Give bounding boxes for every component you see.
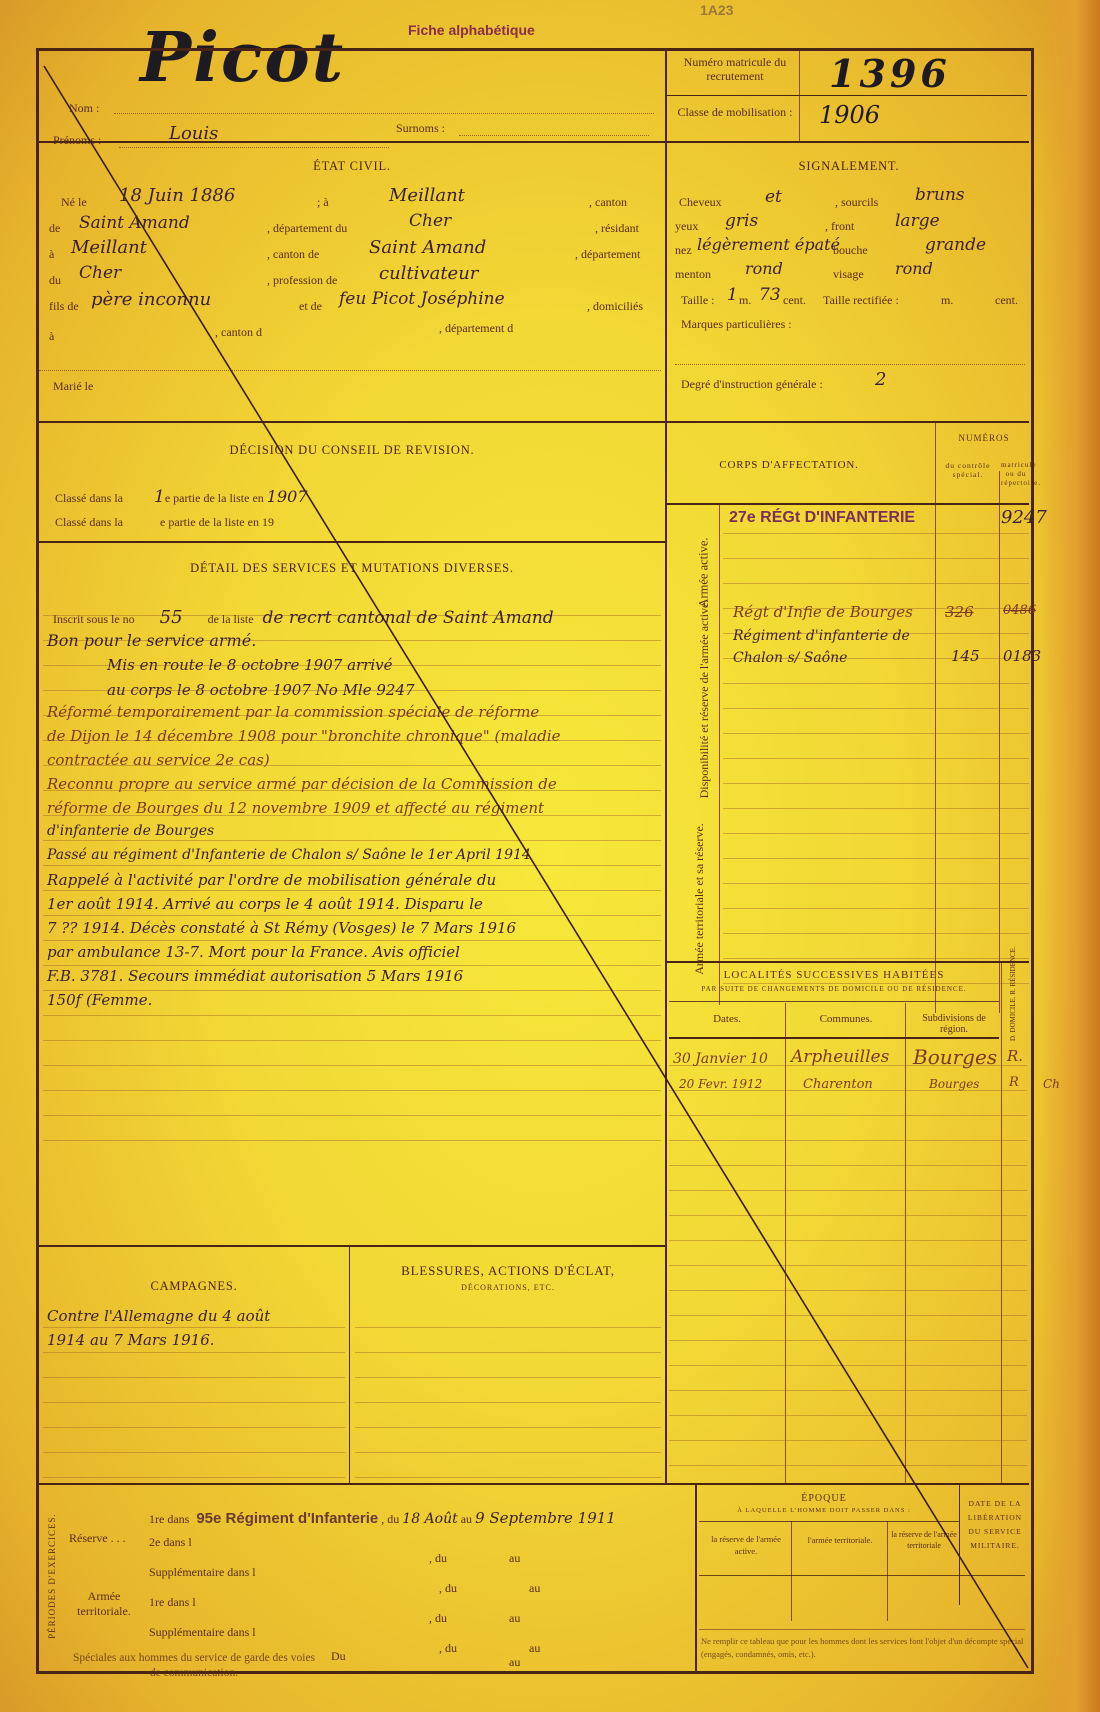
periode-row-4-au: au [509, 1611, 520, 1626]
liste-label: de la liste [208, 612, 254, 626]
nom-line [114, 113, 654, 114]
services-line: 1er août 1914. Arrivé au corps le 4 août… [47, 895, 663, 919]
domicilies-label: , domiciliés [587, 299, 643, 314]
menton-label: menton [675, 267, 711, 282]
classe-label: Classe de mobilisation : [675, 105, 795, 119]
decision-title: DÉCISION DU CONSEIL DE REVISION. [39, 443, 665, 458]
etat-civil-title: ÉTAT CIVIL. [39, 159, 665, 174]
speciales-au-1: au [509, 1655, 520, 1670]
localites-title: LOCALITÉS SUCCESSIVES HABITÉES [669, 969, 999, 981]
liste-value: de recrt cantonal de Saint Amand [263, 608, 554, 628]
residant-label: , résidant [595, 221, 639, 236]
periode-row-1-unit: 95e Régiment d'Infanterie [196, 1510, 378, 1527]
epoque-col-divider-2 [887, 1521, 888, 1621]
services-bottom-line [39, 1245, 665, 1247]
cheveux-value: et [765, 187, 782, 207]
surnoms-label: Surnoms : [396, 121, 445, 136]
localites-row-1-dr: R. [1007, 1047, 1023, 1065]
a3-label: à [49, 329, 54, 344]
localites-ruled-area [669, 1041, 1027, 1481]
bouche-value: grande [925, 235, 986, 255]
services-line: Rappelé à l'activité par l'ordre de mobi… [47, 871, 663, 895]
services-title: DÉTAIL DES SERVICES ET MUTATIONS DIVERSE… [39, 561, 665, 576]
periode-row-5-au: au [529, 1641, 540, 1656]
canton-label: , canton [589, 195, 627, 210]
yeux-label: yeux [675, 219, 698, 234]
registre-matricule-form: Nom : Prénoms : Louis Surnoms : Numéro m… [36, 48, 1034, 1674]
services-line: contractée au service 2e cas) [47, 751, 663, 775]
services-line: Réformé temporairement par la commission… [47, 703, 663, 727]
campagnes-line-2: 1914 au 7 Mars 1916. [47, 1331, 215, 1349]
periode-row-4-label: 1re dans l [149, 1595, 196, 1610]
etat-civil-fields: Né le 18 Juin 1886 ; à Meillant , canton… [39, 189, 661, 397]
epoque-col-reserve: la réserve de l'armée active. [703, 1533, 789, 1557]
corps-row-3-name: Régiment d'infanterie de Chalon s/ Saône [733, 625, 933, 669]
periode-row-1-du-label: , du [381, 1512, 399, 1526]
epoque-col-divider-1 [791, 1521, 792, 1621]
degre-label: Degré d'instruction générale : [681, 377, 823, 392]
localites-title-underline [669, 1001, 999, 1002]
services-line: de Dijon le 14 décembre 1908 pour "bronc… [47, 727, 663, 751]
de-label: de [49, 221, 60, 236]
taille-m-value: 1 [727, 285, 738, 305]
inscrit-label: Inscrit sous le no [53, 612, 135, 626]
surnoms-line [459, 135, 649, 136]
taille-cent-label: cent. [783, 293, 806, 308]
periode-row-3-au: au [529, 1581, 540, 1596]
taille-rectifiee-cent-label: cent. [995, 293, 1018, 308]
taille-cent-value: 73 [759, 285, 781, 305]
visage-label: visage [833, 267, 864, 282]
campagnes-divider [349, 1247, 350, 1483]
localites-row-2-subdivision: Bourges [929, 1077, 979, 1091]
marie-label: Marié le [53, 379, 93, 394]
corps-row-1-matricule: 9247 [1001, 507, 1047, 528]
corps-row-1: 27e RÉGt D'INFANTERIE [729, 509, 915, 527]
periode-row-1-du: 18 Août [402, 1511, 457, 1527]
epoque-header-bottom [699, 1575, 1025, 1576]
campagnes-line-1: Contre l'Allemagne du 4 août [47, 1307, 270, 1325]
localites-row-2-date: 20 Fevr. 1912 [679, 1077, 762, 1091]
epoque-body-bottom [699, 1629, 1025, 1630]
localites-dr-header: D. DOMICILE. R. RÉSIDENCE. [1003, 967, 1027, 1047]
fiche-alphabetique-stamp: Fiche alphabétique [408, 22, 535, 38]
corps-row-2-name: Régt d'Infie de Bourges [733, 603, 913, 621]
corps-affectation-title: CORPS D'AFFECTATION. [669, 459, 909, 471]
visage-value: rond [895, 259, 933, 278]
decision-row2: Classé dans la e partie de la liste en 1… [55, 515, 274, 530]
classe-dans-la-label-2: Classé dans la [55, 515, 123, 529]
departement-du-value: Cher [409, 211, 451, 231]
a2-label: à [49, 247, 54, 262]
marques-blank-line [675, 337, 1025, 365]
periodes-top-line [39, 1483, 1029, 1485]
services-line: 7 ?? 1914. Décès constaté à St Rémy (Vos… [47, 919, 663, 943]
profession-label: , profession de [267, 273, 337, 288]
side-disponibilite: Disponibilité et réserve de l'armée acti… [696, 574, 712, 824]
epoque-title: ÉPOQUE [699, 1493, 949, 1504]
localites-row-2-dr: R [1009, 1075, 1019, 1090]
canton-de-value: Saint Amand [369, 237, 486, 258]
fils-de-label: fils de [49, 299, 79, 314]
campagnes-ruled-area [43, 1303, 345, 1479]
canton-de-label: , canton de [267, 247, 319, 262]
localites-col-communes: Communes. [787, 1013, 905, 1025]
numeros-title: NUMÉROS [939, 433, 1029, 443]
speciales-du-1: Du [331, 1649, 346, 1664]
periode-row-5-du: , du [439, 1641, 457, 1656]
periode-row-1-au-label: au [461, 1512, 472, 1526]
et-de-label: et de [299, 299, 322, 314]
marques-label: Marques particulières : [681, 317, 792, 332]
profession-value: cultivateur [379, 263, 478, 284]
du-value: Cher [79, 263, 121, 283]
epoque-title-underline [699, 1521, 959, 1522]
epoque-col-reserve-territoriale: la réserve de l'armée territoriale [891, 1529, 957, 1551]
partie-liste-label: e partie de la liste en [165, 491, 264, 505]
periode-row-5-label: Supplémentaire dans l [149, 1625, 256, 1640]
corps-row-3-controle: 145 [951, 647, 980, 665]
ne-le-value: 18 Juin 1886 [119, 185, 235, 206]
classe-dans-la-label: Classé dans la [55, 491, 123, 505]
corps-side-divider [719, 505, 720, 1005]
inscrit-value: 55 [160, 607, 183, 628]
periodes-divider [695, 1485, 697, 1673]
services-line: Passé au régiment d'Infanterie de Chalon… [47, 847, 663, 871]
corps-row-2-controle: 326 [945, 603, 974, 621]
periode-row-1: 1re dans 95e Régiment d'Infanterie , du … [149, 1509, 689, 1527]
taille-rectifiee-label: Taille rectifiée : [823, 293, 899, 308]
services-line: F.B. 3781. Secours immédiat autorisation… [47, 967, 663, 991]
et-de-value: feu Picot Joséphine [339, 289, 505, 309]
services-line: 150f (Femme. [47, 991, 663, 1015]
menton-value: rond [745, 259, 783, 278]
periode-row-1-au: 9 Septembre 1911 [475, 1509, 616, 1527]
decision-row1: Classé dans la 1e partie de la liste en … [55, 487, 308, 507]
du-label: du [49, 273, 61, 288]
periodes-side-label: PÉRIODES D'EXERCICES. [47, 1501, 57, 1651]
prenoms-line [119, 147, 389, 148]
matricule-value: 1396 [829, 51, 951, 96]
sourcils-value: bruns [915, 185, 965, 205]
signalement-fields: Cheveux et , sourcils bruns yeux gris , … [675, 189, 1025, 393]
page-edge [1040, 0, 1100, 1712]
sourcils-label: , sourcils [835, 195, 878, 210]
periode-row-4-du: , du [429, 1611, 447, 1626]
yeux-value: gris [725, 211, 758, 231]
corps-ruled-area [723, 509, 1029, 1005]
front-label: , front [825, 219, 854, 234]
partie-liste-label-2: e partie de la liste en 19 [160, 515, 274, 529]
classe-year-value: 1907 [267, 487, 308, 506]
front-value: large [895, 211, 940, 231]
periode-row-3-label: Supplémentaire dans l [149, 1565, 256, 1580]
localites-row-2-commune: Charenton [803, 1077, 873, 1092]
corps-row-2-matricule: 0486 [1003, 603, 1036, 618]
etat-civil-bottom-line [39, 421, 1029, 423]
degre-value: 2 [875, 369, 886, 390]
taille-rectifiee-m-label: m. [941, 293, 953, 308]
localites-margin-note: Ch [1043, 1077, 1060, 1091]
departement-label: , département [575, 247, 640, 262]
classe-partie-value: 1 [154, 487, 165, 507]
fils-de-value: père inconnu [91, 289, 211, 310]
localites-header-bottom [669, 1037, 999, 1039]
canton-d-label: , canton d [215, 325, 262, 340]
localites-row-1-commune: Arpheuilles [791, 1047, 889, 1067]
periode-row-1-label: 1re dans [149, 1512, 189, 1526]
header-row-divider [667, 95, 1027, 96]
epoque-note: Ne remplir ce tableau que pour les homme… [701, 1635, 1025, 1661]
inscrit-row: Inscrit sous le no 55 de la liste de rec… [53, 607, 554, 628]
corps-bottom-line [667, 961, 1029, 963]
periode-row-2-au: au [509, 1551, 520, 1566]
decision-bottom-line [39, 541, 665, 543]
localites-col-subdivisions: Subdivisions de région. [907, 1013, 1001, 1035]
periode-row-3-du: , du [439, 1581, 457, 1596]
signalement-title: SIGNALEMENT. [669, 159, 1029, 174]
services-line: d'infanterie de Bourges [47, 823, 663, 847]
services-line: Bon pour le service armé. [47, 631, 663, 656]
blessures-title: BLESSURES, ACTIONS D'ÉCLAT, [351, 1263, 665, 1279]
departement-du-label: , département du [267, 221, 347, 236]
header-divider [799, 51, 800, 141]
matricule-label: Numéro matricule du recrutement [675, 55, 795, 83]
a-value: Meillant [389, 185, 465, 206]
blessures-ruled-area [355, 1303, 661, 1479]
numeros-controle-header: du contrôle spécial. [937, 461, 999, 479]
services-line: au corps le 8 octobre 1907 No Mle 9247 [47, 681, 663, 703]
services-lines: Bon pour le service armé. Mis en route l… [47, 631, 663, 1015]
departement-d-label: , département d [439, 321, 513, 336]
classe-value: 1906 [819, 101, 880, 129]
a-label: ; à [317, 195, 329, 210]
nez-value: légèrement épaté [697, 235, 840, 254]
numeros-matricule-header: matricule ou du répertoire. [1001, 461, 1031, 488]
epoque-date-liberation: DATE de LA LIBÉRATION du service militai… [963, 1497, 1027, 1553]
epoque-date-divider [959, 1485, 960, 1605]
localites-row-1-date: 30 Janvier 10 [673, 1051, 768, 1067]
cheveux-label: Cheveux [679, 195, 722, 210]
services-line: par ambulance 13-7. Mort pour la France.… [47, 943, 663, 967]
localites-col-dates: Dates. [669, 1013, 785, 1025]
de-value: Saint Amand [79, 213, 190, 233]
nom-label: Nom : [69, 101, 99, 116]
corps-row-1-name: 27e RÉGt D'INFANTERIE [729, 509, 915, 526]
services-line: Mis en route le 8 octobre 1907 arrivé [47, 656, 663, 681]
top-stamp-partial: 1A23 [700, 2, 733, 18]
localites-subtitle: PAR SUITE DE CHANGEMENTS DE DOMICILE OU … [669, 985, 999, 993]
blank-line [39, 345, 661, 371]
a2-value: Meillant [71, 237, 147, 258]
bouche-label: bouche [833, 243, 868, 258]
localites-row-1-subdivision: Bourges [913, 1045, 997, 1069]
armee-territoriale-label: Armée territoriale. [69, 1589, 139, 1619]
epoque-col-territoriale: l'armée territoriale. [795, 1533, 885, 1547]
corps-header-bottom [667, 503, 1029, 505]
ne-le-label: Né le [61, 195, 87, 210]
speciales-label: Spéciales aux hommes du service de garde… [69, 1651, 319, 1681]
taille-m-label: m. [739, 293, 751, 308]
localites-dr-label: D. DOMICILE. R. RÉSIDENCE. [1009, 961, 1017, 1041]
corps-row-3-matricule: 0183 [1003, 647, 1041, 665]
periode-row-2-label: 2e dans l [149, 1535, 192, 1550]
services-line: réforme de Bourges du 12 novembre 1909 e… [47, 799, 663, 823]
reserve-label: Réserve . . . [69, 1531, 126, 1546]
epoque-subtitle: À LAQUELLE L'HOMME DOIT PASSER DANS : [699, 1507, 949, 1514]
main-vertical-divider [665, 51, 667, 1483]
services-line: Reconnu propre au service armé par décis… [47, 775, 663, 799]
header-divider-line [39, 141, 1029, 143]
periode-row-2-du: , du [429, 1551, 447, 1566]
blessures-subtitle: DÉCORATIONS, ETC. [351, 1283, 665, 1292]
taille-label: Taille : [681, 293, 714, 308]
nez-label: nez [675, 243, 692, 258]
campagnes-title: CAMPAGNES. [39, 1279, 349, 1294]
